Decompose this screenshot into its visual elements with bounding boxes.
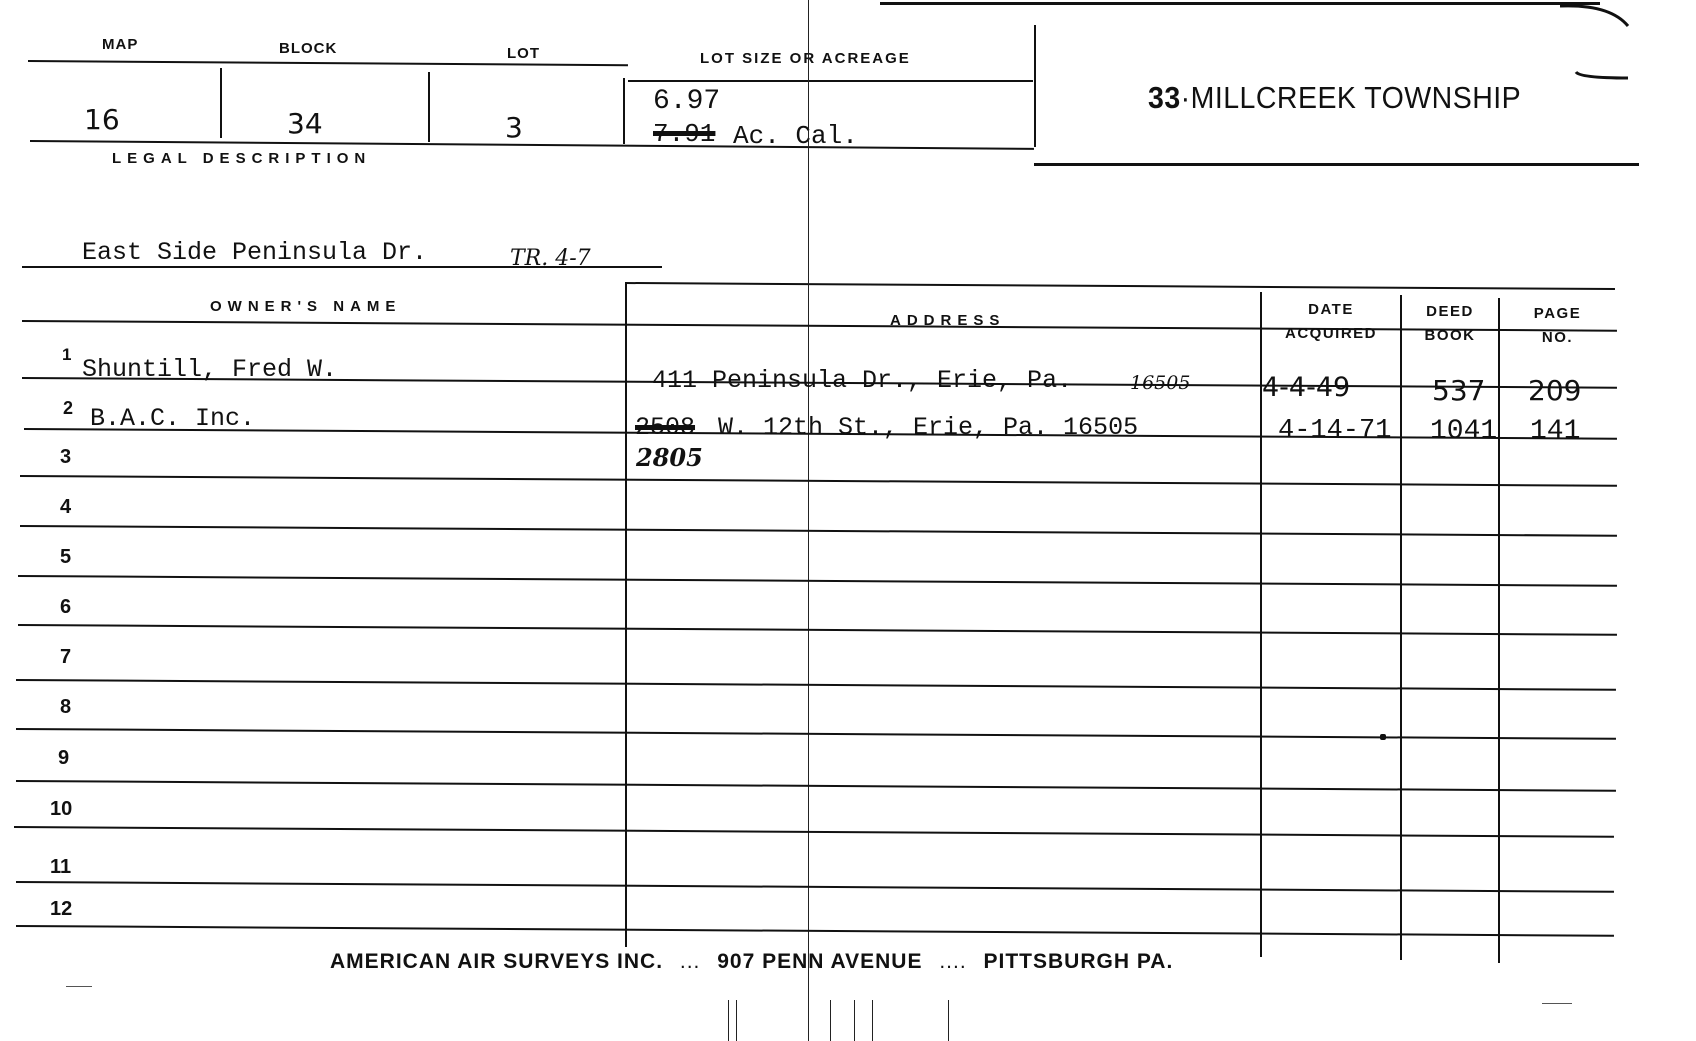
row-1-zip-handwritten: 16505 [1130, 372, 1190, 394]
footer-separator-1: ... [680, 950, 701, 973]
footer-company: AMERICAN AIR SURVEYS INC. [330, 950, 663, 973]
row-number-5: 5 [60, 546, 71, 569]
divider-block-lot [428, 72, 430, 142]
row-number-12: 12 [50, 898, 72, 921]
block-label: BLOCK [279, 40, 337, 57]
row-2-address: W. 12th St., Erie, Pa. 16505 [718, 413, 1138, 442]
block-value: 34 [287, 107, 323, 140]
row-rule-12 [16, 925, 1614, 937]
card-top-edge [880, 2, 1600, 5]
legal-description-rule [22, 266, 662, 268]
row-number-10: 10 [50, 798, 72, 821]
row-number-8: 8 [60, 696, 71, 719]
lot-value: 3 [505, 111, 523, 144]
row-rule-6 [18, 624, 1617, 636]
col-divider-date-deed [1400, 295, 1402, 960]
col-divider-deed-page [1498, 298, 1500, 963]
row-1-owner: Shuntill, Fred W. [82, 355, 337, 384]
scan-artifact-bottom-3 [830, 1000, 831, 1041]
legal-description-typed: East Side Peninsula Dr. [82, 238, 427, 267]
row-rule-7 [16, 679, 1616, 691]
row-rule-11 [16, 881, 1614, 893]
footer-city: PITTSBURGH PA. [984, 950, 1174, 973]
row-number-3: 3 [60, 446, 71, 469]
row-rule-4 [20, 525, 1617, 537]
row-number-9: 9 [58, 747, 69, 770]
header-rule-lotsize [628, 80, 1033, 82]
title-bottom-rule [1034, 163, 1639, 166]
card-corner-curve [1560, 0, 1640, 90]
row-number-11: 11 [50, 856, 71, 879]
row-1-address: 411 Peninsula Dr., Erie, Pa. [652, 366, 1072, 395]
row-1-page: 209 [1528, 374, 1581, 407]
township-name: MILLCREEK TOWNSHIP [1191, 80, 1522, 115]
township-number: 33 [1148, 80, 1181, 115]
row-number-6: 6 [60, 596, 71, 619]
row-rule-10 [14, 826, 1614, 838]
divider-title [1034, 25, 1036, 147]
row-2-date: 4-14-71 [1278, 416, 1391, 446]
footer-separator-2: .... [939, 950, 966, 973]
row-1-date: 4-4-49 [1262, 372, 1350, 403]
row-rule-5 [18, 575, 1617, 587]
row-1-deed-book: 537 [1432, 374, 1485, 407]
row-2-address-struck-number: 2508 [635, 413, 695, 442]
legal-description-label: LEGAL DESCRIPTION [112, 150, 371, 167]
divider-lot-size [623, 78, 625, 144]
stray-ink-mark [1380, 734, 1386, 740]
row-number-7: 7 [60, 646, 71, 669]
map-value: 16 [84, 103, 120, 136]
header-owners-name: OWNER'S NAME [210, 298, 401, 315]
row-2-page: 141 [1530, 416, 1580, 447]
header-bottom-rule [30, 140, 1034, 150]
row-2-owner: B.A.C. Inc. [90, 404, 255, 433]
footer-imprint: AMERICAN AIR SURVEYS INC. ... 907 PENN A… [330, 950, 1173, 974]
scan-artifact-bottom-5 [872, 1000, 873, 1041]
header-page-no: PAGE NO. [1500, 302, 1615, 350]
map-label: MAP [102, 36, 138, 53]
header-date-acquired: DATE ACQUIRED [1262, 298, 1400, 346]
footer-street: 907 PENN AVENUE [717, 950, 922, 973]
row-rule-3 [20, 475, 1617, 487]
scan-artifact-bottom-2 [736, 1000, 737, 1041]
row-number-4: 4 [60, 496, 71, 519]
table-top-rule [625, 282, 1615, 290]
lot-label: LOT [507, 45, 540, 62]
scan-speck-right [1542, 1003, 1572, 1004]
scan-artifact-bottom-1 [728, 1000, 729, 1041]
header-deed-book: DEED BOOK [1402, 300, 1498, 348]
divider-map-block [220, 68, 222, 138]
row-2-deed-book: 1041 [1430, 416, 1497, 447]
row-number-1: 1 [62, 345, 71, 365]
row-2-address-correction: 2805 [636, 443, 703, 472]
scan-artifact-bottom-6 [948, 1000, 949, 1041]
row-number-2: 2 [63, 398, 73, 419]
acreage-corrected-value: 6.97 [653, 86, 720, 117]
township-title: 33·MILLCREEK TOWNSHIP [1148, 80, 1521, 116]
scan-artifact-bottom-4 [854, 1000, 855, 1041]
row-rule-8 [16, 728, 1616, 740]
scan-speck-left [66, 986, 92, 987]
township-dot: · [1181, 80, 1191, 115]
lot-size-label: LOT SIZE OR ACREAGE [700, 50, 911, 67]
row-rule-9 [16, 780, 1616, 792]
